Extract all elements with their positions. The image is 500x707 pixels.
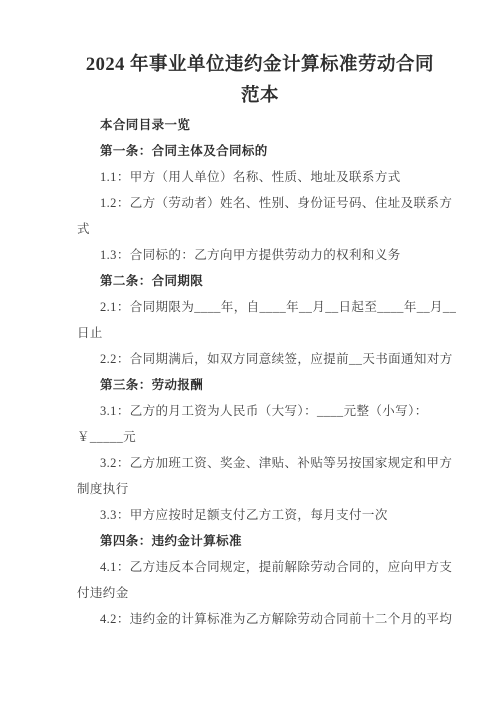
clause-4-1-continued: 付违约金 [77,580,440,606]
document-body: 本合同目录一览 第一条：合同主体及合同标的 1.1：甲方（用人单位）名称、性质、… [77,112,440,632]
clause-3-3: 3.3：甲方应按时足额支付乙方工资，每月支付一次 [77,502,440,528]
clause-1-2-continued: 式 [77,216,440,242]
clause-3-1: 3.1：乙方的月工资为人民币（大写）：____元整（小写）： [77,398,440,424]
document-title: 2024 年事业单位违约金计算标准劳动合同 范本 [77,50,440,112]
document-page: 2024 年事业单位违约金计算标准劳动合同 范本 本合同目录一览 第一条：合同主… [0,0,500,707]
document-title-line1: 2024 年事业单位违约金计算标准劳动合同 [80,50,440,81]
clause-3-2-continued: 制度执行 [77,476,440,502]
clause-1-3: 1.3：合同标的：乙方向甲方提供劳动力的权利和义务 [77,242,440,268]
clause-4-1: 4.1：乙方违反本合同规定，提前解除劳动合同的，应向甲方支 [77,554,440,580]
document-title-line2: 范本 [80,81,440,112]
clause-2-1-continued: 日止 [77,320,440,346]
clause-3-2: 3.2：乙方加班工资、奖金、津贴、补贴等另按国家规定和甲方 [77,450,440,476]
section-2-heading: 第二条：合同期限 [77,268,440,294]
section-1-heading: 第一条：合同主体及合同标的 [77,138,440,164]
clause-2-2: 2.2：合同期满后，如双方同意续签，应提前__天书面通知对方 [77,346,440,372]
clause-4-2: 4.2：违约金的计算标准为乙方解除劳动合同前十二个月的平均 [77,606,440,632]
clause-1-2: 1.2：乙方（劳动者）姓名、性别、身份证号码、住址及联系方 [77,190,440,216]
clause-2-1: 2.1：合同期限为____年，自____年__月__日起至____年__月__ [77,294,440,320]
clause-1-1: 1.1：甲方（用人单位）名称、性质、地址及联系方式 [77,164,440,190]
toc-heading: 本合同目录一览 [77,112,440,138]
section-3-heading: 第三条：劳动报酬 [77,372,440,398]
section-4-heading: 第四条：违约金计算标准 [77,528,440,554]
clause-3-1-continued: ￥_____元 [77,424,440,450]
